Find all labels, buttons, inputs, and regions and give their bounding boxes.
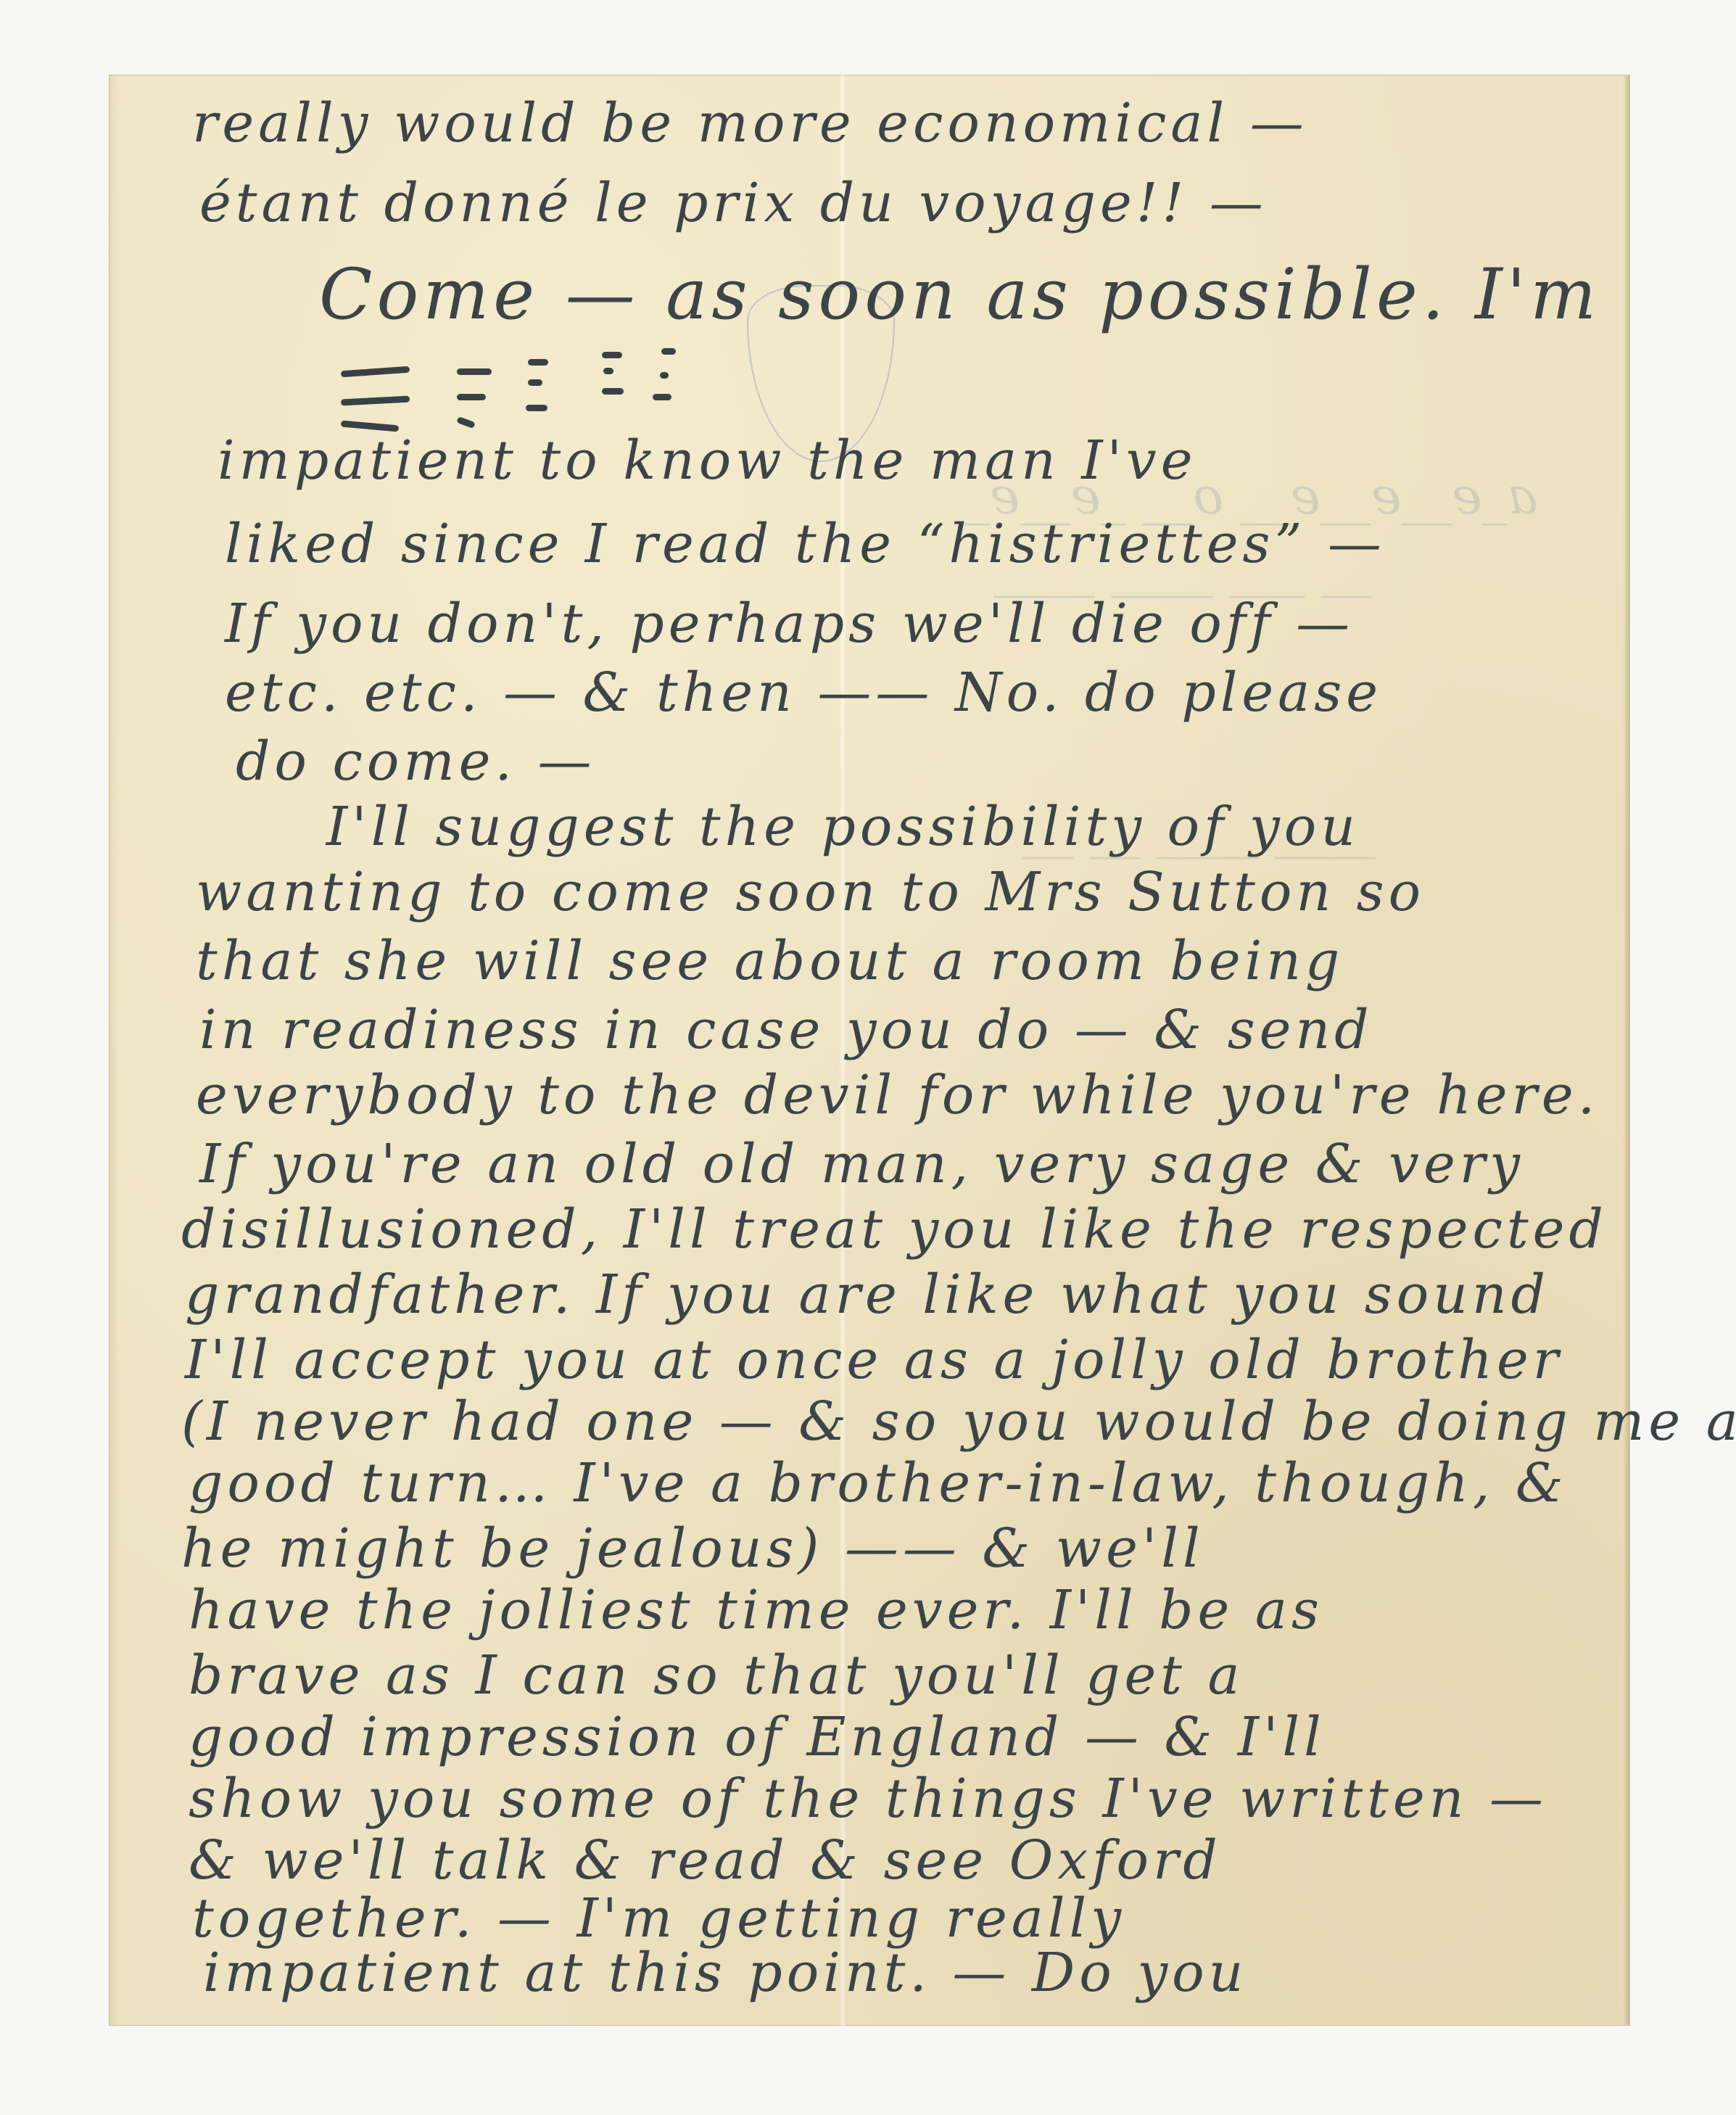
letter-line: together. — I'm getting really [192, 1892, 1125, 1945]
letter-line: in readiness in case you do — & send [199, 1003, 1373, 1057]
underline-stroke [341, 396, 410, 406]
letter-line: (I never had one — & so you would be doi… [181, 1395, 1736, 1448]
letter-line: & we'll talk & read & see Oxford [189, 1834, 1222, 1887]
underline-stroke [653, 394, 671, 400]
letter-page: a_e__e__e__ o__ _e__e_ __ ___ ____ ____ … [109, 75, 1630, 2026]
underline-stroke [526, 405, 547, 411]
letter-line: wanting to come soon to Mrs Sutton so [196, 865, 1425, 919]
underline-stroke [602, 352, 622, 358]
letter-line: brave as I can so that you'll get a [189, 1649, 1244, 1702]
underline-stroke [660, 372, 669, 379]
letter-line: impatient to know the man I've [218, 434, 1197, 487]
letter-line: everybody to the devil for while you're … [196, 1068, 1599, 1122]
letter-line: good turn… I've a brother-in-law, though… [189, 1456, 1568, 1510]
letter-line: I'll suggest the possibility of you [326, 800, 1360, 854]
letter-line: étant donné le prix du voyage!! — [199, 176, 1268, 230]
underline-stroke [341, 366, 410, 378]
letter-line: good impression of England — & I'll [189, 1710, 1326, 1764]
underline-stroke [603, 368, 613, 374]
underline-stroke [602, 388, 624, 395]
underline-stroke [528, 379, 542, 386]
letter-line: grandfather. If you are like what you so… [185, 1268, 1550, 1322]
letter-line: really would be more economical — [192, 96, 1308, 150]
underline-stroke [528, 359, 548, 366]
underline-stroke [456, 416, 476, 429]
letter-line: do come. — [236, 735, 595, 788]
letter-line: liked since I read the “histriettes” — [225, 517, 1386, 571]
letter-line: If you don't, perhaps we'll die off — [225, 597, 1354, 651]
letter-line: disillusioned, I'll treat you like the r… [181, 1203, 1608, 1256]
letter-line: If you're an old old man, very sage & ve… [199, 1137, 1524, 1191]
letter-line: have the jolliest time ever. I'll be as [189, 1583, 1323, 1637]
letter-line: etc. etc. — & then —— No. do please [225, 666, 1382, 720]
underline-stroke [661, 348, 676, 355]
letter-line: I'll accept you at once as a jolly old b… [185, 1333, 1563, 1387]
letter-line: that she will see about a room being [196, 934, 1344, 988]
letter-line: impatient at this point. — Do you [203, 1946, 1247, 2000]
underline-stroke [457, 368, 492, 375]
underline-stroke [457, 394, 486, 400]
letter-line-emphasis: Come — as soon as possible. I'm [319, 260, 1600, 329]
letter-line: he might be jealous) —— & we'll [181, 1522, 1204, 1575]
letter-line: show you some of the things I've written… [189, 1772, 1547, 1826]
